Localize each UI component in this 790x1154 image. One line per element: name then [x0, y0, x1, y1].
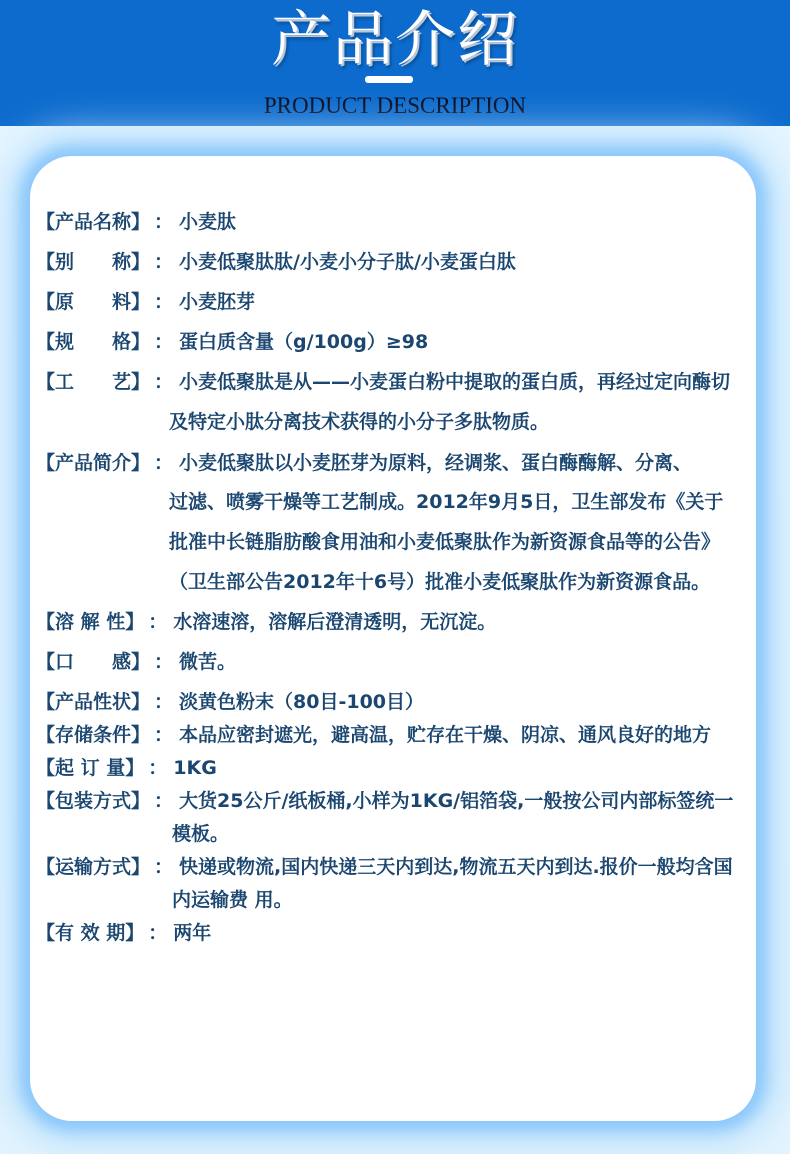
spec-label: 【原 料】: [36, 290, 150, 314]
title-divider: [365, 76, 413, 83]
spec-row-taste: 【口 感】：微苦。: [36, 650, 236, 674]
spec-value-continued: 内运输费 用。: [172, 888, 293, 912]
spec-label: 【包装方式】: [36, 789, 150, 813]
spec-label: 【产品性状】: [36, 690, 150, 714]
spec-value: 小麦低聚肽肽/小麦小分子肽/小麦蛋白肽: [179, 250, 516, 274]
spec-value: 淡黄色粉末（80目-100目）: [179, 690, 424, 714]
spec-value: 大货25公斤/纸板桶,小样为1KG/铝箔袋,一般按公司内部标签统一: [179, 789, 733, 813]
spec-row-appearance: 【产品性状】：淡黄色粉末（80目-100目）: [36, 690, 424, 714]
spec-label: 【存储条件】: [36, 723, 150, 747]
spec-value-continued: 过滤、喷雾干燥等工艺制成。2012年9月5日，卫生部发布《关于: [169, 490, 723, 514]
spec-value: 两年: [173, 921, 211, 945]
spec-row-introduction: 【产品简介】：小麦低聚肽以小麦胚芽为原料，经调浆、蛋白酶酶解、分离、: [36, 451, 692, 475]
spec-row-storage: 【存储条件】：本品应密封遮光，避高温，贮存在干燥、阴凉、通风良好的地方: [36, 723, 711, 747]
spec-value: 小麦胚芽: [179, 290, 255, 314]
page-title: 产品介绍: [0, 4, 790, 76]
spec-label: 【口 感】: [36, 650, 150, 674]
spec-label: 【运输方式】: [36, 855, 150, 879]
spec-row-material: 【原 料】：小麦胚芽: [36, 290, 255, 314]
spec-label: 【有 效 期】: [36, 921, 144, 945]
spec-row-product-name: 【产品名称】：小麦肽: [36, 210, 236, 234]
spec-label: 【工 艺】: [36, 370, 150, 394]
spec-row-process: 【工 艺】：小麦低聚肽是从——小麦蛋白粉中提取的蛋白质，再经过定向酶切: [36, 370, 730, 394]
spec-row-moq: 【起 订 量】：1KG: [36, 756, 217, 780]
spec-row-shelf-life: 【有 效 期】：两年: [36, 921, 211, 945]
spec-value: 小麦肽: [179, 210, 236, 234]
spec-value: 微苦。: [179, 650, 236, 674]
spec-label: 【产品简介】: [36, 451, 150, 475]
spec-value-continued: （卫生部公告2012年十6号）批准小麦低聚肽作为新资源食品。: [169, 570, 710, 594]
spec-value-continued: 及特定小肽分离技术获得的小分子多肽物质。: [169, 410, 549, 434]
spec-row-solubility: 【溶 解 性】：水溶速溶，溶解后澄清透明，无沉淀。: [36, 610, 496, 634]
spec-row-alias: 【别 称】：小麦低聚肽肽/小麦小分子肽/小麦蛋白肽: [36, 250, 516, 274]
spec-label: 【溶 解 性】: [36, 610, 144, 634]
spec-row-packaging: 【包装方式】：大货25公斤/纸板桶,小样为1KG/铝箔袋,一般按公司内部标签统一: [36, 789, 733, 813]
page-subtitle: PRODUCT DESCRIPTION: [0, 92, 790, 120]
header-banner: 产品介绍 PRODUCT DESCRIPTION: [0, 0, 790, 126]
spec-row-shipping: 【运输方式】：快递或物流,国内快递三天内到达,物流五天内到达.报价一般均含国: [36, 855, 733, 879]
spec-value: 小麦低聚肽是从——小麦蛋白粉中提取的蛋白质，再经过定向酶切: [179, 370, 730, 394]
spec-label: 【别 称】: [36, 250, 150, 274]
spec-label: 【规 格】: [36, 330, 150, 354]
spec-value: 小麦低聚肽以小麦胚芽为原料，经调浆、蛋白酶酶解、分离、: [179, 451, 692, 475]
spec-row-specification: 【规 格】：蛋白质含量（g/100g）≥98: [36, 330, 428, 354]
spec-value: 蛋白质含量（g/100g）≥98: [179, 330, 428, 354]
spec-label: 【产品名称】: [36, 210, 150, 234]
spec-value: 水溶速溶，溶解后澄清透明，无沉淀。: [173, 610, 496, 634]
spec-value-continued: 批准中长链脂肪酸食用油和小麦低聚肽作为新资源食品等的公告》: [169, 530, 720, 554]
spec-value-continued: 模板。: [172, 822, 229, 846]
spec-value: 本品应密封遮光，避高温，贮存在干燥、阴凉、通风良好的地方: [179, 723, 711, 747]
spec-label: 【起 订 量】: [36, 756, 144, 780]
spec-value: 快递或物流,国内快递三天内到达,物流五天内到达.报价一般均含国: [179, 855, 733, 879]
spec-value: 1KG: [173, 756, 217, 780]
